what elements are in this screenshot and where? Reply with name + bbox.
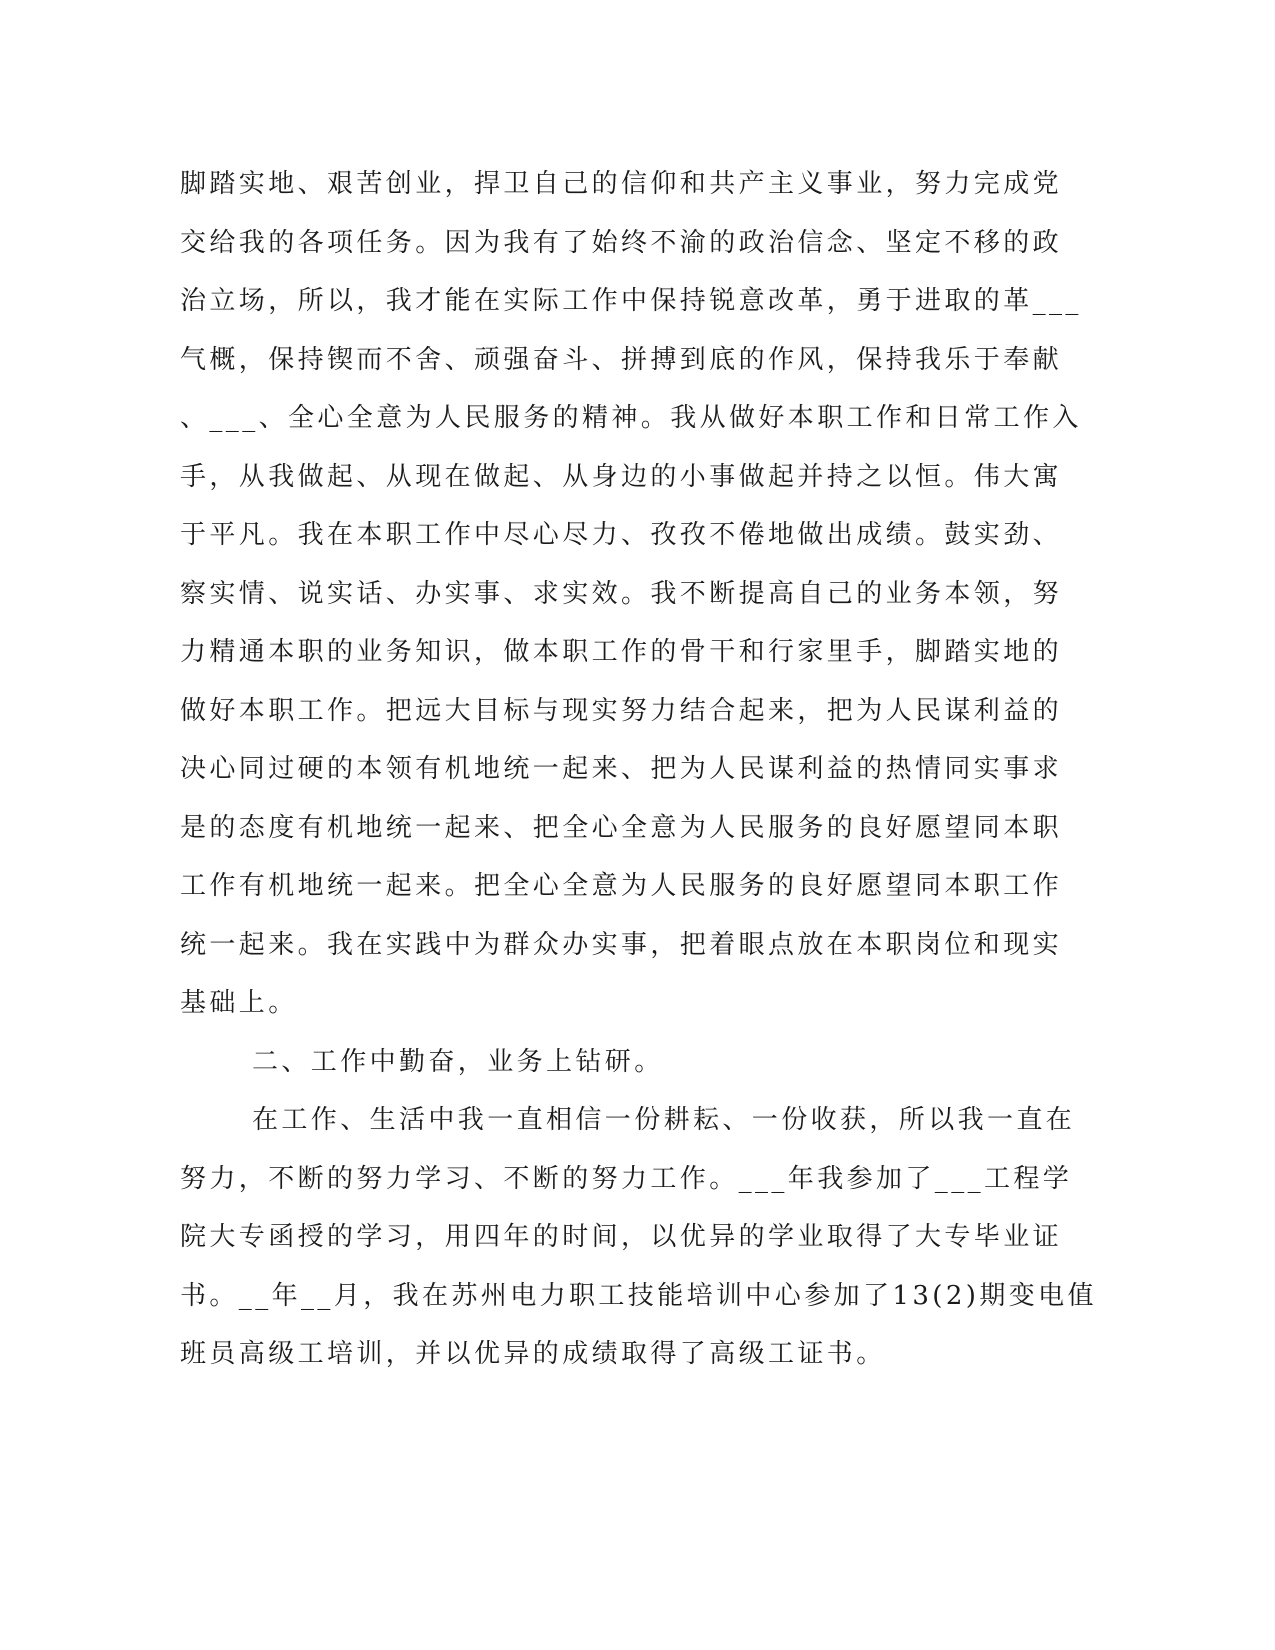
text-line: 治立场，所以，我才能在实际工作中保持锐意改革，勇于进取的革___ bbox=[180, 277, 1026, 336]
text-line: 工作有机地统一起来。把全心全意为人民服务的良好愿望同本职工作 bbox=[180, 862, 1026, 921]
section-heading: 二、工作中勤奋，业务上钻研。 bbox=[180, 1038, 1026, 1097]
text-line: 院大专函授的学习，用四年的时间，以优异的学业取得了大专毕业证 bbox=[180, 1213, 1026, 1272]
text-line: 决心同过硬的本领有机地统一起来、把为人民谋利益的热情同实事求 bbox=[180, 745, 1026, 804]
paragraph-2: 在工作、生活中我一直相信一份耕耘、一份收获，所以我一直在 努力，不断的努力学习、… bbox=[180, 1096, 1026, 1389]
text-line: 基础上。 bbox=[180, 979, 1026, 1038]
text-line: 察实情、说实话、办实事、求实效。我不断提高自己的业务本领，努 bbox=[180, 570, 1026, 629]
text-line: 于平凡。我在本职工作中尽心尽力、孜孜不倦地做出成绩。鼓实劲、 bbox=[180, 511, 1026, 570]
text-line: 做好本职工作。把远大目标与现实努力结合起来，把为人民谋利益的 bbox=[180, 687, 1026, 746]
text-line: 是的态度有机地统一起来、把全心全意为人民服务的良好愿望同本职 bbox=[180, 804, 1026, 863]
text-line: 脚踏实地、艰苦创业，捍卫自己的信仰和共产主义事业，努力完成党 bbox=[180, 160, 1026, 219]
paragraph-1: 脚踏实地、艰苦创业，捍卫自己的信仰和共产主义事业，努力完成党 交给我的各项任务。… bbox=[180, 160, 1026, 1038]
text-line: 气概，保持锲而不舍、顽强奋斗、拼搏到底的作风，保持我乐于奉献 bbox=[180, 336, 1026, 395]
document-page: 脚踏实地、艰苦创业，捍卫自己的信仰和共产主义事业，努力完成党 交给我的各项任务。… bbox=[180, 160, 1026, 1389]
text-line: 努力，不断的努力学习、不断的努力工作。___年我参加了___工程学 bbox=[180, 1155, 1026, 1214]
text-line: 力精通本职的业务知识，做本职工作的骨干和行家里手，脚踏实地的 bbox=[180, 628, 1026, 687]
text-line: 在工作、生活中我一直相信一份耕耘、一份收获，所以我一直在 bbox=[180, 1096, 1026, 1155]
text-line: 手，从我做起、从现在做起、从身边的小事做起并持之以恒。伟大寓 bbox=[180, 453, 1026, 512]
text-line: 、___、全心全意为人民服务的精神。我从做好本职工作和日常工作入 bbox=[180, 394, 1026, 453]
text-line: 班员高级工培训，并以优异的成绩取得了高级工证书。 bbox=[180, 1330, 1026, 1389]
text-line: 统一起来。我在实践中为群众办实事，把着眼点放在本职岗位和现实 bbox=[180, 921, 1026, 980]
text-line: 交给我的各项任务。因为我有了始终不渝的政治信念、坚定不移的政 bbox=[180, 219, 1026, 278]
text-line: 书。__年__月，我在苏州电力职工技能培训中心参加了13(2)期变电值 bbox=[180, 1272, 1026, 1331]
